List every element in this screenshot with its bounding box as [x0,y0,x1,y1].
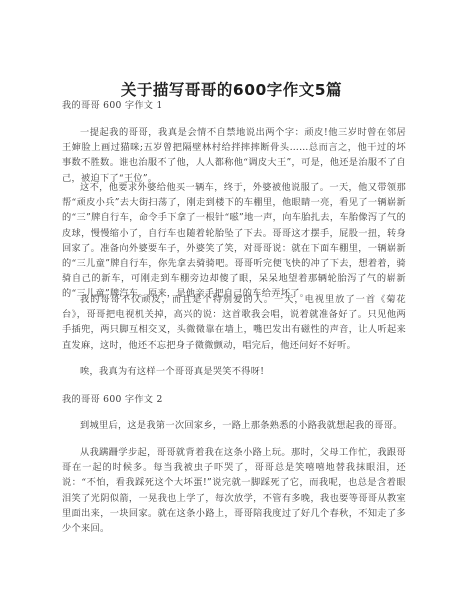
paragraph: 唉，我真为有这样一个哥哥真是哭笑不得呀! [62,364,406,379]
section-heading-2: 我的哥哥 600 字作文 2 [62,392,406,407]
page-title: 关于描写哥哥的600字作文5篇 [0,78,463,100]
section-heading-1: 我的哥哥 600 字作文 1 [62,98,406,113]
paragraph: 到城里后，这是我第一次回家乡，一路上那条熟悉的小路我就想起我的哥哥。 [62,418,406,433]
paragraph: 我的哥哥不仅顽皮，而且是个特别爱的人。一天，电视里放了一首《菊花台》，哥哥把电视… [62,292,406,353]
paragraph: 这不，他要求外婆给他买一辆车，终于，外婆被他说服了。一天，他又带领那帮“顽皮小兵… [62,180,406,302]
paragraph: 从我蹒跚学步起，哥哥就背着我在这条小路上玩。那时，父母工作忙，我跟哥哥在一起的时… [62,445,406,536]
document-page: 关于描写哥哥的600字作文5篇 我的哥哥 600 字作文 1 一提起我的哥哥，我… [0,0,463,600]
paragraph: 一提起我的哥哥，我真是会情不自禁地说出两个字：顽皮!他三岁时曾在邻居王婶脸上画过… [62,125,406,186]
